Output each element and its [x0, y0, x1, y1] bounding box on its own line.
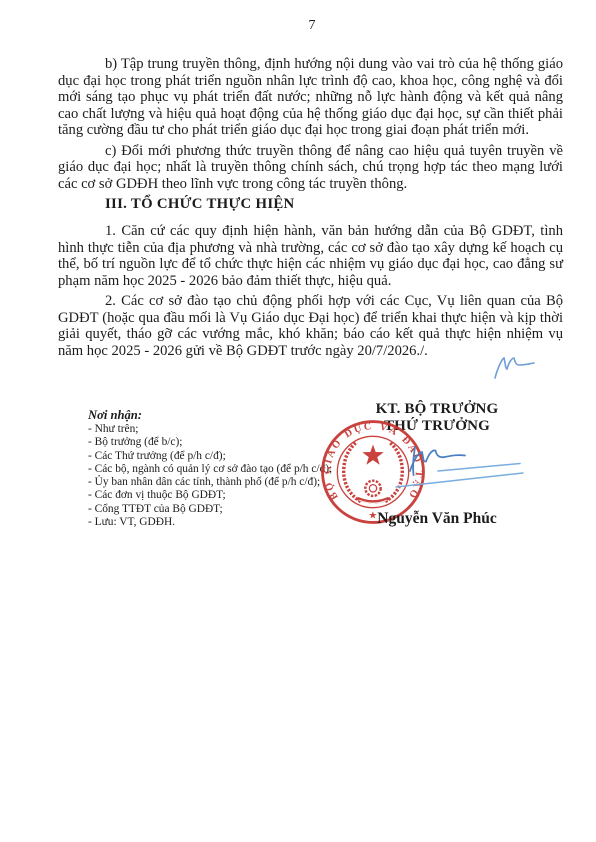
section-heading: III. TỔ CHỨC THỰC HIỆN	[58, 196, 563, 213]
seal-star-icon	[362, 444, 383, 464]
paragraph-1: 1. Căn cứ các quy định hiện hành, văn bả…	[58, 223, 563, 289]
paragraph-b: b) Tập trung truyền thông, định hướng nộ…	[58, 56, 563, 139]
document-page: 7 b) Tập trung truyền thông, định hướng …	[0, 0, 596, 842]
document-body: b) Tập trung truyền thông, định hướng nộ…	[58, 56, 563, 363]
page-number: 7	[0, 18, 596, 34]
signer-name: Nguyễn Văn Phúc	[317, 510, 557, 528]
paragraph-2: 2. Các cơ sở đào tạo chủ động phối hợp v…	[58, 293, 563, 359]
reviewer-initial-mark	[490, 354, 538, 386]
paragraph-c: c) Đổi mới phương thức truyền thông để n…	[58, 143, 563, 193]
signature-authority-line1: KT. BỘ TRƯỞNG	[317, 401, 557, 418]
handwritten-signature	[388, 438, 530, 496]
